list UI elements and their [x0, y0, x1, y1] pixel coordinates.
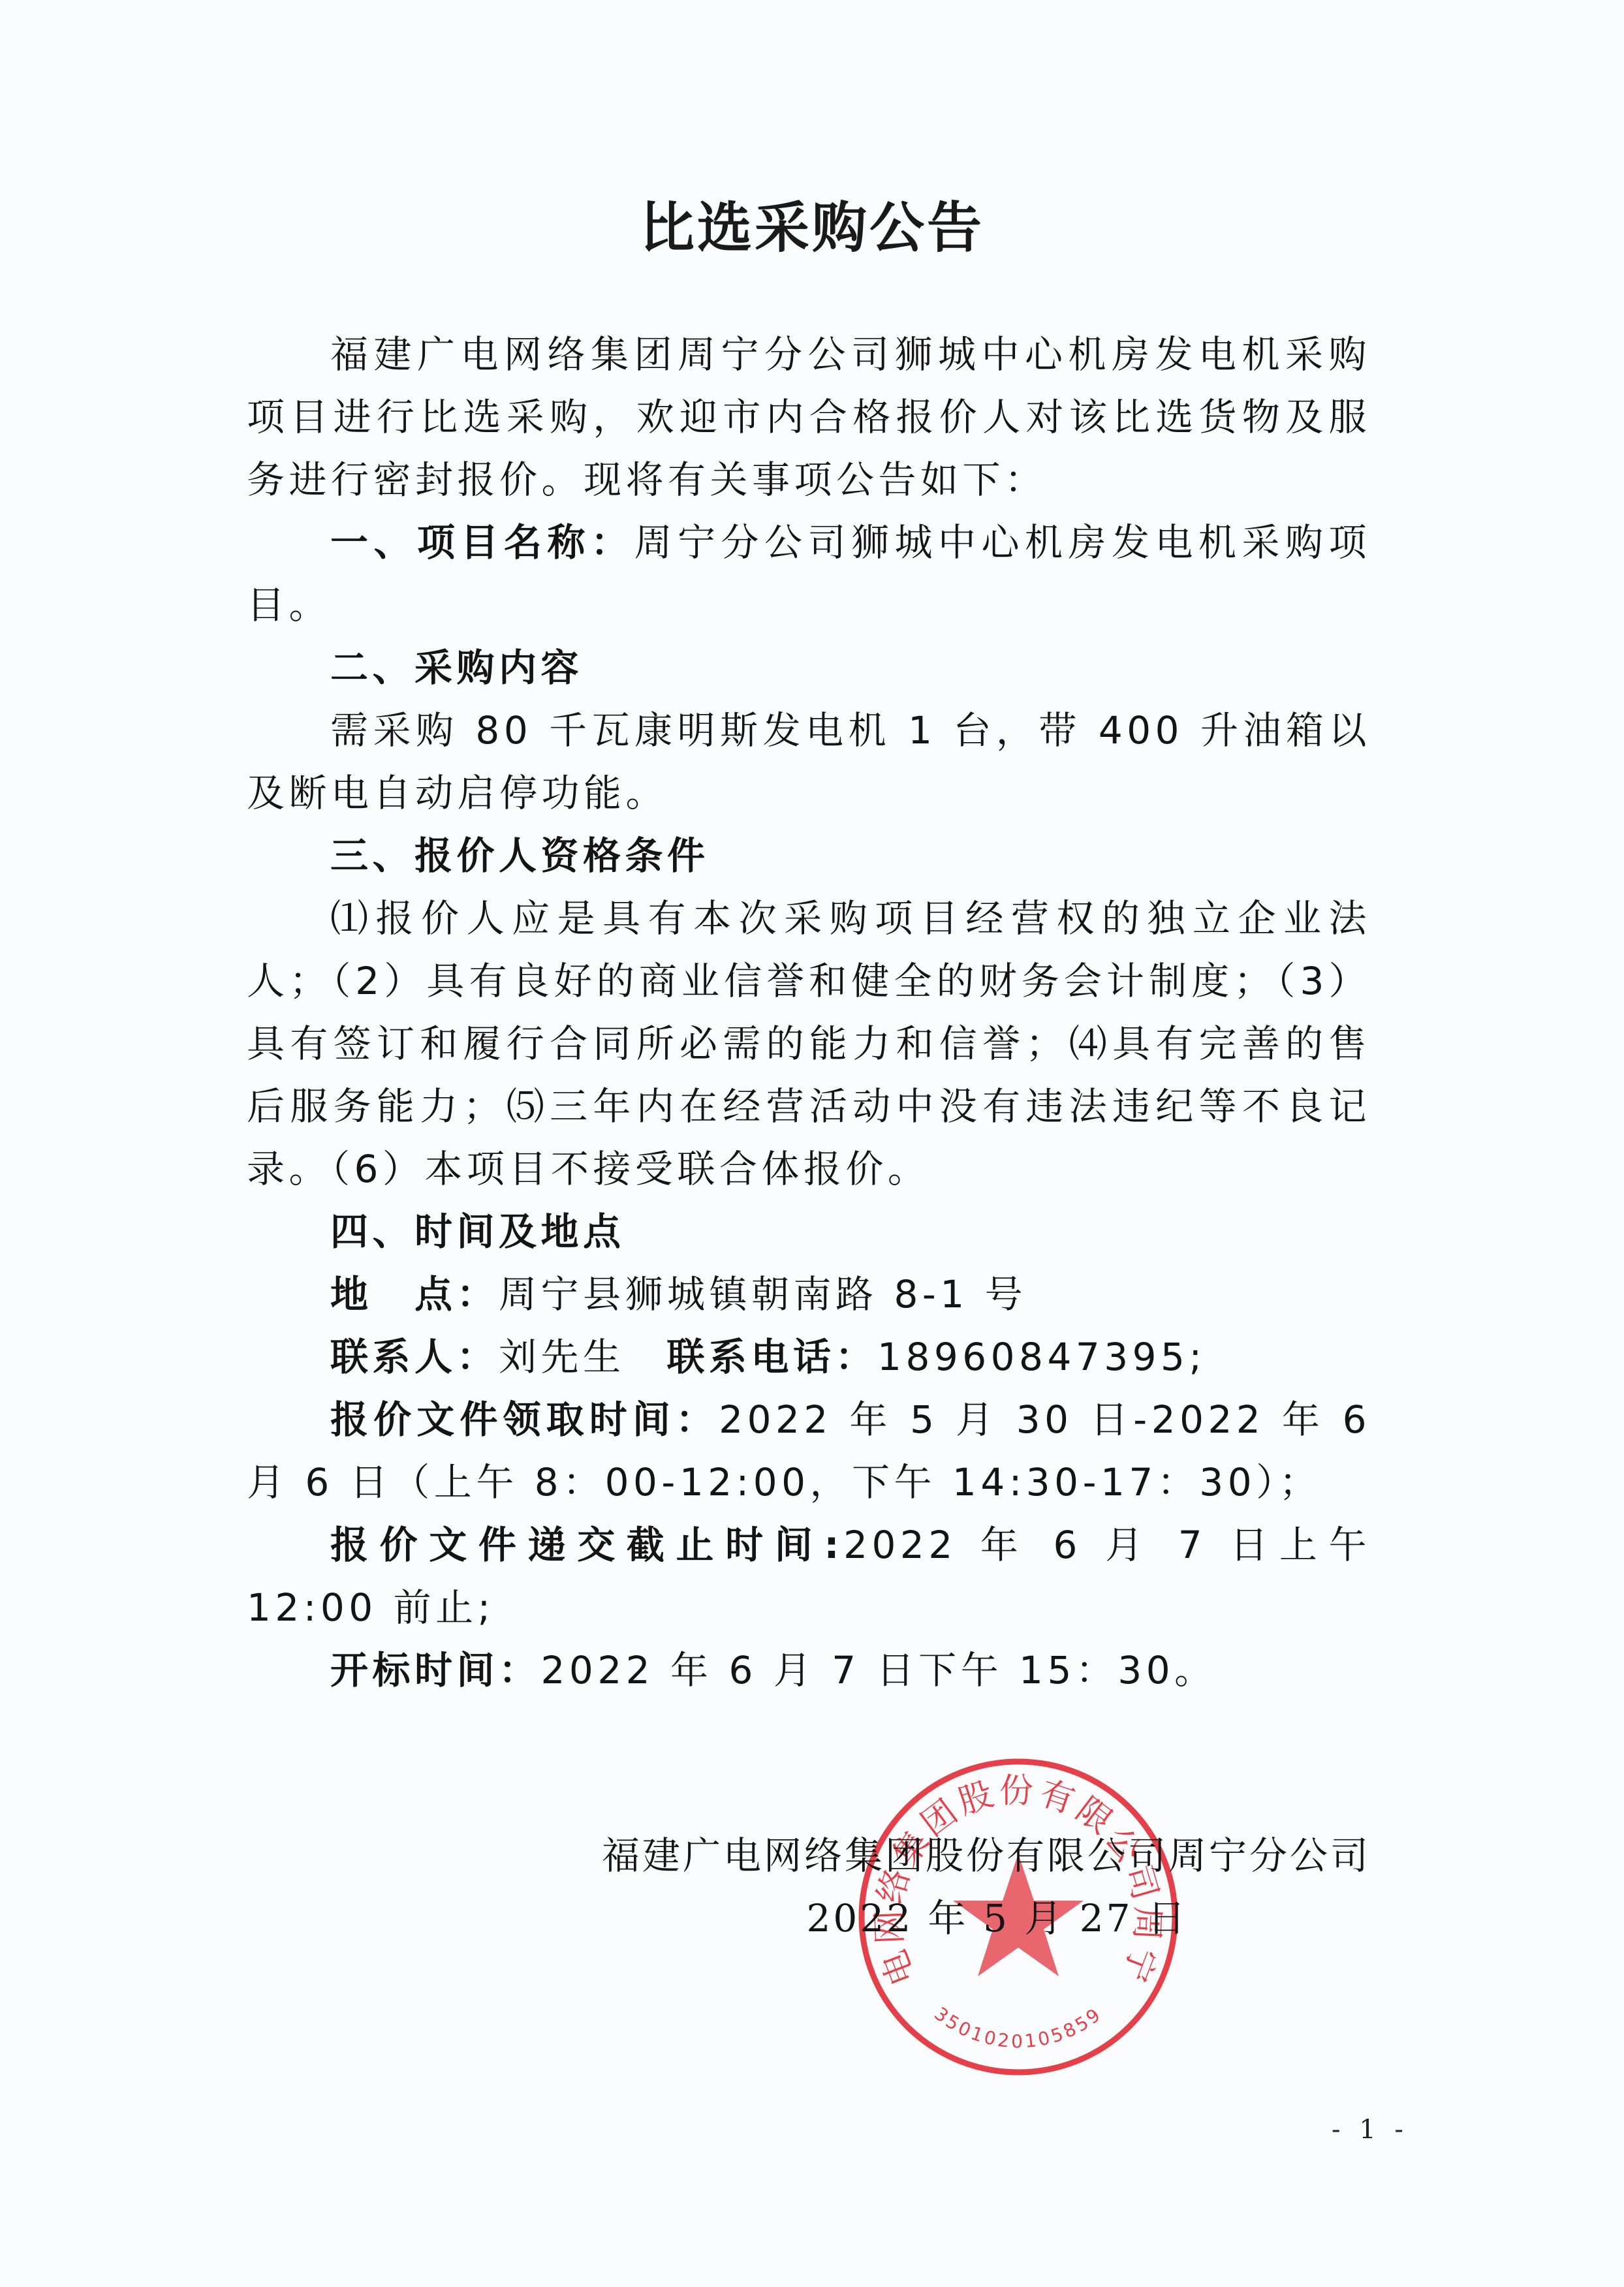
page-number: - 1 - [1332, 2115, 1409, 2145]
phone-label: 联系电话： [667, 1335, 878, 1379]
svg-text:3501020105859: 3501020105859 [930, 2002, 1106, 2052]
contact-label: 联系人： [330, 1335, 499, 1379]
location-line: 地 点：周宁县狮城镇朝南路 8-1 号 [247, 1263, 1371, 1326]
section-project-name: 一、项目名称：周宁分公司狮城中心机房发电机采购项目。 [247, 511, 1371, 636]
signature-organization: 福建广电网络集团股份有限公司周宁分公司 [602, 1824, 1371, 1887]
section-heading: 一、项目名称： [330, 520, 634, 565]
section-text-qualifications: ⑴报价人应是具有本次采购项目经营权的独立企业法人；（2）具有良好的商业信誉和健全… [247, 887, 1371, 1200]
document-body: 福建广电网络集团周宁分公司狮城中心机房发电机采购项目进行比选采购，欢迎市内合格报… [247, 323, 1371, 1702]
section-heading-time-location: 四、时间及地点 [247, 1200, 1371, 1263]
contact-value: 刘先生 [499, 1335, 625, 1379]
signature-block: 福建广电网络集团股份有限公司周宁分公司 2022 年 5 月 27 日 [602, 1824, 1371, 1950]
pickup-time-label: 报价文件领取时间： [330, 1397, 719, 1442]
section-heading-qualifications: 三、报价人资格条件 [247, 824, 1371, 887]
opening-time-value: 2022 年 6 月 7 日下午 15：30。 [541, 1648, 1217, 1692]
signature-date: 2022 年 5 月 27 日 [602, 1887, 1371, 1950]
deadline-line: 报价文件递交截止时间:2022 年 6 月 7 日上午 12:00 前止; [247, 1514, 1371, 1639]
page-title: 比选采购公告 [0, 184, 1624, 263]
intro-paragraph: 福建广电网络集团周宁分公司狮城中心机房发电机采购项目进行比选采购，欢迎市内合格报… [247, 323, 1371, 511]
phone-value: 18960847395; [877, 1335, 1206, 1379]
section-heading-procurement: 二、采购内容 [247, 636, 1371, 699]
location-value: 周宁县狮城镇朝南路 8-1 号 [499, 1272, 1027, 1316]
document-page: 比选采购公告 福建广电网络集团周宁分公司狮城中心机房发电机采购项目进行比选采购，… [0, 0, 1624, 2287]
contact-line: 联系人：刘先生联系电话：18960847395; [247, 1326, 1371, 1388]
pickup-time-line: 报价文件领取时间：2022 年 5 月 30 日-2022 年 6 月 6 日（… [247, 1388, 1371, 1514]
opening-time-line: 开标时间：2022 年 6 月 7 日下午 15：30。 [247, 1639, 1371, 1702]
opening-time-label: 开标时间： [330, 1648, 541, 1692]
section-text-procurement: 需采购 80 千瓦康明斯发电机 1 台，带 400 升油箱以及断电自动启停功能。 [247, 699, 1371, 824]
location-label: 地 点： [330, 1272, 499, 1316]
deadline-label: 报价文件递交截止时间: [330, 1523, 843, 1567]
seal-code: 3501020105859 [930, 2002, 1106, 2052]
